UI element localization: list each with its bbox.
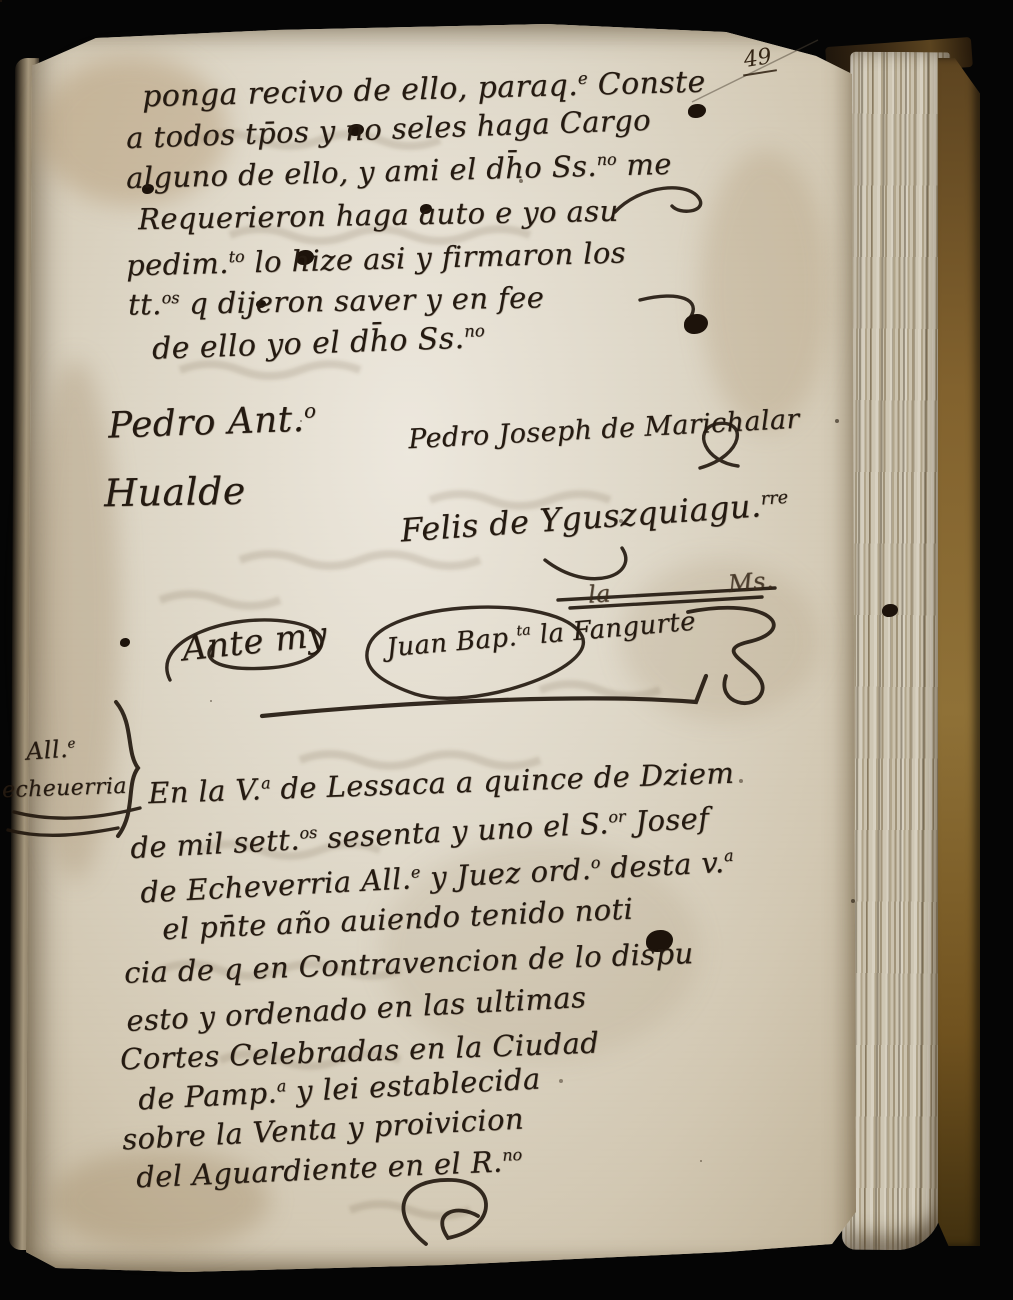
signature-pedro-antonio: Pedro Ant.o [107,398,317,446]
signature-hualde: Hualde [104,469,246,515]
paper-stain [30,360,120,880]
book-cover-edge [938,58,980,1246]
body-line-6: tt.os q dijeron saver y en fee [128,280,545,321]
margin-note-line-1: All.e [25,734,77,765]
ink-specks [0,0,2,2]
paper-stain [700,150,830,430]
margin-note-line-2: echeuerria [2,774,128,803]
abbreviation-ms: Ms. [727,566,775,598]
struck-word: la [587,579,611,608]
book-fore-edge [842,52,950,1251]
manuscript-photo: 49 ponga recivo de ello, paraq.e Conste … [0,0,1013,1300]
folio-number: 49 [739,44,777,77]
